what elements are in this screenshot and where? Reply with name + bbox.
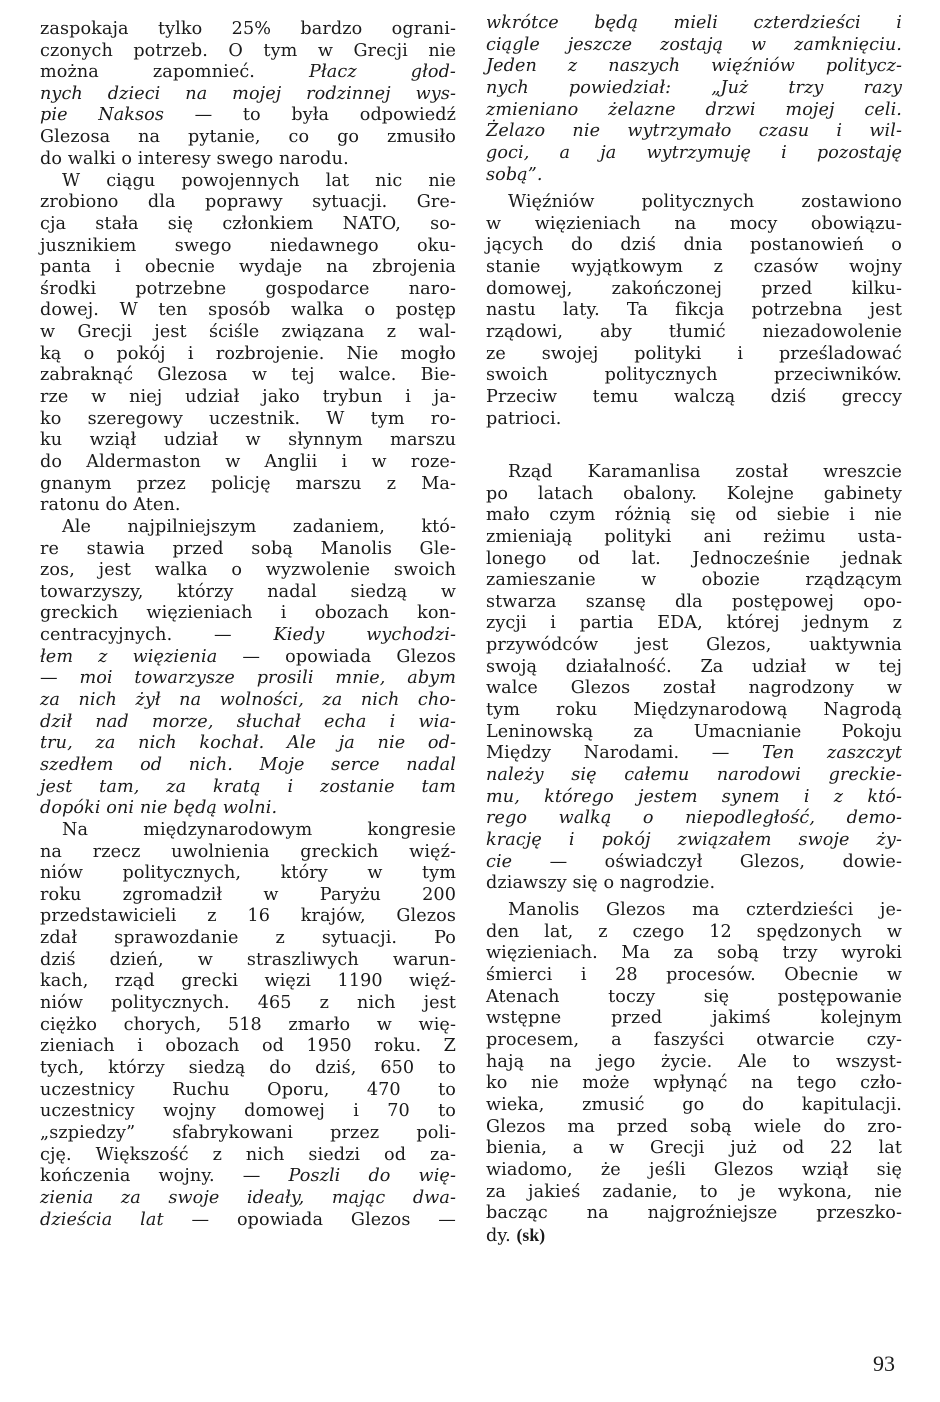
italic-quote-text: należy się całemu narodowi greckie- bbox=[486, 765, 902, 785]
text-line: nych powiedział: „Już trzy razy bbox=[486, 77, 902, 99]
text-line: przedstawicieli z 16 krajów, Glezos bbox=[40, 905, 456, 927]
text-line: zaspokaja tylko 25% bardzo ograni- bbox=[40, 18, 456, 40]
italic-quote-text: cie bbox=[486, 852, 512, 872]
italic-quote-text: zmieniano żelazne drzwi mojej celi. bbox=[486, 100, 902, 120]
body-text: hają na jego życie. Ale to wszyst- bbox=[486, 1052, 902, 1072]
italic-quote-text: Płacz głod- bbox=[309, 62, 456, 82]
body-text: do Aldermaston w Anglii i w roze- bbox=[40, 452, 456, 472]
body-text: domowej, zakończonej przed kilku- bbox=[486, 279, 902, 299]
body-text: ku wziął udział w słynnym marszu bbox=[40, 430, 456, 450]
body-text: jących do dziś dnia postanowień o bbox=[486, 235, 902, 255]
italic-quote-text: sobą”. bbox=[486, 165, 543, 185]
italic-quote-text: wkrótce będą mieli czterdzieści i bbox=[486, 13, 902, 33]
body-text: procesem, a faszyści otwarcie czy- bbox=[486, 1030, 902, 1050]
body-text: ko nie może wpłynąć na tego czło- bbox=[486, 1073, 902, 1093]
text-line: rego walką o niepodległość, demo- bbox=[486, 807, 902, 829]
body-text: Między Narodami. — bbox=[486, 743, 762, 763]
body-text: więzieniach. Ma za sobą trzy wyroki bbox=[486, 943, 902, 963]
text-line: bacząc na najgroźniejsze przeszko- bbox=[486, 1202, 902, 1224]
body-text: kach, rząd grecki więzi 1190 więź- bbox=[40, 971, 456, 991]
text-line: nastu laty. Ta fikcja potrzebna jest bbox=[486, 299, 902, 321]
text-line: ratonu do Aten. bbox=[40, 494, 456, 516]
text-line: cie — oświadczył Glezos, dowie- bbox=[486, 851, 902, 873]
text-line: bienia, a w Grecji już od 22 lat bbox=[486, 1137, 902, 1159]
text-line: w więzieniach na mocy obowiązu- bbox=[486, 213, 902, 235]
text-line: Atenach toczy się postępowanie bbox=[486, 986, 902, 1008]
text-line: w Grecji jest ściśle związana z wal- bbox=[40, 321, 456, 343]
text-line: uczestnicy wojny domowej i 70 to bbox=[40, 1100, 456, 1122]
text-line: jących do dziś dnia postanowień o bbox=[486, 234, 902, 256]
text-line: sobą”. bbox=[486, 164, 902, 186]
body-text: lonego od lat. Jednocześnie jednak bbox=[486, 549, 902, 569]
italic-quote-text: łem z więzienia bbox=[40, 647, 217, 667]
text-line: greckich więzieniach i obozach kon- bbox=[40, 602, 456, 624]
text-line: do walki o interesy swego narodu. bbox=[40, 148, 456, 170]
text-line: patrioci. bbox=[486, 408, 902, 430]
body-text: rze w niej udział jako trybun i ja- bbox=[40, 387, 456, 407]
text-line: W ciągu powojennych lat nic nie bbox=[40, 170, 456, 192]
body-text: Leninowską za Umacnianie Pokoju bbox=[486, 722, 902, 742]
body-text: po latach obalony. Kolejne gabinety bbox=[486, 484, 902, 504]
body-text: gnanym przez policję marszu z Ma- bbox=[40, 474, 456, 494]
text-line: swoich politycznych przeciwników. bbox=[486, 364, 902, 386]
text-line: Leninowską za Umacnianie Pokoju bbox=[486, 721, 902, 743]
text-line: należy się całemu narodowi greckie- bbox=[486, 764, 902, 786]
text-line: za nich żył na wolności, za nich cho- bbox=[40, 689, 456, 711]
body-text: kończenia wojny. — bbox=[40, 1166, 289, 1186]
text-line: kach, rząd grecki więzi 1190 więź- bbox=[40, 970, 456, 992]
text-line: zienia za swoje ideały, mając dwa- bbox=[40, 1187, 456, 1209]
text-line: zmieniają polityki ani reżimu usta- bbox=[486, 526, 902, 548]
text-line: zabraknąć Glezosa w tej walce. Bie- bbox=[40, 364, 456, 386]
text-line: Ale najpilniejszym zadaniem, któ- bbox=[40, 516, 456, 538]
body-text: zabraknąć Glezosa w tej walce. Bie- bbox=[40, 365, 456, 385]
text-line: zos, jest walka o wyzwolenie swoich bbox=[40, 559, 456, 581]
text-line: ką o pokój i rozbrojenie. Nie mogło bbox=[40, 343, 456, 365]
italic-quote-text: Ten zaszczyt bbox=[762, 743, 902, 763]
italic-quote-text: rego walką o niepodległość, demo- bbox=[486, 808, 902, 828]
text-line: dopóki oni nie będą wolni. bbox=[40, 797, 456, 819]
text-line: wstępne przed jakimś kolejnym bbox=[486, 1007, 902, 1029]
body-text: roku zgromadził w Paryżu 200 bbox=[40, 885, 456, 905]
body-text: dy. bbox=[486, 1226, 516, 1246]
text-line: panta i obecnie wydaje na zbrojenia bbox=[40, 256, 456, 278]
italic-quote-text: dopóki oni nie będą wolni. bbox=[40, 798, 277, 818]
text-line: zdał sprawozdanie z sytuacji. Po bbox=[40, 927, 456, 949]
text-line: Żelazo nie wytrzymało czasu i wil- bbox=[486, 120, 902, 142]
body-text: — bbox=[40, 668, 79, 688]
body-text: stanie wyjątkowym z czasów wojny bbox=[486, 257, 902, 277]
body-text: do walki o interesy swego narodu. bbox=[40, 149, 349, 169]
text-line: dzieścia lat — opowiada Glezos — bbox=[40, 1209, 456, 1231]
text-line: łem z więzienia — opowiada Glezos bbox=[40, 646, 456, 668]
body-text: ko szeregowy uczestnik. W tym ro- bbox=[40, 409, 456, 429]
body-text: zos, jest walka o wyzwolenie swoich bbox=[40, 560, 456, 580]
text-line: dowej. W ten sposób walka o postęp bbox=[40, 299, 456, 321]
body-text: Więźniów politycznych zostawiono bbox=[508, 192, 902, 212]
text-line: za jakieś zadanie, to je wykona, nie bbox=[486, 1181, 902, 1203]
body-text: ze swojej polityki i prześladować bbox=[486, 344, 902, 364]
text-line: na rzecz uwolnienia greckich więź- bbox=[40, 841, 456, 863]
text-line: gnanym przez policję marszu z Ma- bbox=[40, 473, 456, 495]
body-text: zycji i partia EDA, której jednym z bbox=[486, 613, 902, 633]
text-line: roku zgromadził w Paryżu 200 bbox=[40, 884, 456, 906]
text-line: hają na jego życie. Ale to wszyst- bbox=[486, 1051, 902, 1073]
italic-quote-text: krację i pokój związałem swoje ży- bbox=[486, 830, 902, 850]
text-line: stwarza szansę dla postępowej opo- bbox=[486, 591, 902, 613]
body-text: patrioci. bbox=[486, 409, 561, 429]
body-text: stwarza szansę dla postępowej opo- bbox=[486, 592, 902, 612]
text-line: można zapomnieć. Płacz głod- bbox=[40, 61, 456, 83]
text-line: szedłem od nich. Moje serce nadal bbox=[40, 754, 456, 776]
text-line: Glezos ma przed sobą wiele do zro- bbox=[486, 1116, 902, 1138]
text-line: „szpiedzy” sfabrykowani przez poli- bbox=[40, 1122, 456, 1144]
text-line: rze w niej udział jako trybun i ja- bbox=[40, 386, 456, 408]
text-line: niów politycznych, który w tym bbox=[40, 862, 456, 884]
body-text: mało czym różnią się od siebie i nie bbox=[486, 505, 902, 525]
body-text: za jakieś zadanie, to je wykona, nie bbox=[486, 1182, 902, 1202]
body-text: niów politycznych, który w tym bbox=[40, 863, 456, 883]
text-line: Na międzynarodowym kongresie bbox=[40, 819, 456, 841]
text-line: wkrótce będą mieli czterdzieści i bbox=[486, 12, 902, 34]
text-line: zmieniano żelazne drzwi mojej celi. bbox=[486, 99, 902, 121]
body-text: cję. Większość z nich siedzi od za- bbox=[40, 1145, 456, 1165]
text-line: dziawszy się o nagrodzie. bbox=[486, 872, 902, 894]
italic-quote-text: za nich żył na wolności, za nich cho- bbox=[40, 690, 456, 710]
text-line: dy. (sk) bbox=[486, 1224, 902, 1246]
body-text: den lat, z czego 12 spędzonych w bbox=[486, 922, 902, 942]
body-text: na rzecz uwolnienia greckich więź- bbox=[40, 842, 456, 862]
italic-quote-text: ciągle jeszcze zostają w zamknięciu. bbox=[486, 35, 902, 55]
text-line: tym roku Międzynarodową Nagrodą bbox=[486, 699, 902, 721]
italic-quote-text: zienia za swoje ideały, mając dwa- bbox=[40, 1188, 456, 1208]
text-line: jest tam, za kratą i zostanie tam bbox=[40, 776, 456, 798]
body-text: Rząd Karamanlisa został wreszcie bbox=[508, 462, 902, 482]
body-text: w więzieniach na mocy obowiązu- bbox=[486, 214, 902, 234]
body-text: w Grecji jest ściśle związana z wal- bbox=[40, 322, 456, 342]
italic-quote-text: goci, a ja wytrzymuję i pozostaję bbox=[486, 143, 902, 163]
text-line: Manolis Glezos ma czterdzieści je- bbox=[486, 899, 902, 921]
text-line: nych dzieci na mojej rodzinnej wys- bbox=[40, 83, 456, 105]
text-line: mało czym różnią się od siebie i nie bbox=[486, 504, 902, 526]
text-line: po latach obalony. Kolejne gabinety bbox=[486, 483, 902, 505]
text-line: — moi towarzysze prosili mnie, abym bbox=[40, 667, 456, 689]
text-line: tru, za nich kochał. Ale ja nie od- bbox=[40, 732, 456, 754]
text-line: zieniach i obozach od 1950 roku. Z bbox=[40, 1035, 456, 1057]
text-line: towarzyszy, którzy nadal siedzą w bbox=[40, 581, 456, 603]
body-text: — oświadczył Glezos, dowie- bbox=[512, 852, 902, 872]
text-line: wiadomo, że jeśli Glezos wziął się bbox=[486, 1159, 902, 1181]
body-text: cja stała się członkiem NATO, so- bbox=[40, 214, 456, 234]
body-text: Na międzynarodowym kongresie bbox=[62, 820, 456, 840]
body-text: zieniach i obozach od 1950 roku. Z bbox=[40, 1036, 456, 1056]
text-line: swoją działalność. Za udział w tej bbox=[486, 656, 902, 678]
text-line: śmierci i 28 procesów. Obecnie w bbox=[486, 964, 902, 986]
body-text: środki potrzebne gospodarce naro- bbox=[40, 279, 456, 299]
text-line: stanie wyjątkowym z czasów wojny bbox=[486, 256, 902, 278]
text-line: Rząd Karamanlisa został wreszcie bbox=[486, 461, 902, 483]
text-line: ko szeregowy uczestnik. W tym ro- bbox=[40, 408, 456, 430]
italic-quote-text: pie Naksos bbox=[40, 105, 164, 125]
body-text: dziawszy się o nagrodzie. bbox=[486, 873, 715, 893]
text-line: rządowi, aby tłumić niezadowolenie bbox=[486, 321, 902, 343]
text-line: ciągle jeszcze zostają w zamknięciu. bbox=[486, 34, 902, 56]
body-text: można zapomnieć. bbox=[40, 62, 309, 82]
author-initials: (sk) bbox=[516, 1225, 545, 1245]
body-text: Glezosa na pytanie, co go zmusiło bbox=[40, 127, 456, 147]
text-line: niów politycznych. 465 z nich jest bbox=[40, 992, 456, 1014]
text-line: walce Glezos został nagrodzony w bbox=[486, 677, 902, 699]
italic-quote-text: nych powiedział: „Już trzy razy bbox=[486, 78, 902, 98]
body-text: tym roku Międzynarodową Nagrodą bbox=[486, 700, 902, 720]
body-text: — opowiada Glezos — bbox=[164, 1210, 456, 1230]
body-text: tych, którzy siedzą do dziś, 650 to bbox=[40, 1058, 456, 1078]
text-line: Glezosa na pytanie, co go zmusiło bbox=[40, 126, 456, 148]
text-line: dził nad morze, słuchał echa i wia- bbox=[40, 711, 456, 733]
page-number: 93 bbox=[873, 1351, 895, 1377]
body-text: Glezos ma przed sobą wiele do zro- bbox=[486, 1117, 902, 1137]
text-line: więzieniach. Ma za sobą trzy wyroki bbox=[486, 942, 902, 964]
body-text: śmierci i 28 procesów. Obecnie w bbox=[486, 965, 902, 985]
body-text: wstępne przed jakimś kolejnym bbox=[486, 1008, 902, 1028]
body-text: uczestnicy Ruchu Oporu, 470 to bbox=[40, 1080, 456, 1100]
text-line: zamieszanie w obozie rządzącym bbox=[486, 569, 902, 591]
text-line: Jeden z naszych więźniów politycz- bbox=[486, 55, 902, 77]
body-text: dowej. W ten sposób walka o postęp bbox=[40, 300, 456, 320]
body-text: swoich politycznych przeciwników. bbox=[486, 365, 902, 385]
body-text: greckich więzieniach i obozach kon- bbox=[40, 603, 456, 623]
text-line: środki potrzebne gospodarce naro- bbox=[40, 278, 456, 300]
italic-quote-text: dził nad morze, słuchał echa i wia- bbox=[40, 712, 456, 732]
body-text: zdał sprawozdanie z sytuacji. Po bbox=[40, 928, 456, 948]
body-text: ratonu do Aten. bbox=[40, 495, 181, 515]
body-text: rządowi, aby tłumić niezadowolenie bbox=[486, 322, 902, 342]
text-line: cja stała się członkiem NATO, so- bbox=[40, 213, 456, 235]
italic-quote-text: Poszli do wię- bbox=[289, 1166, 456, 1186]
text-line: re stawia przed sobą Manolis Gle- bbox=[40, 538, 456, 560]
italic-quote-text: Jeden z naszych więźniów politycz- bbox=[486, 56, 902, 76]
text-line: dziś dzień, w straszliwych warun- bbox=[40, 949, 456, 971]
text-line: jusznikiem swego niedawnego oku- bbox=[40, 235, 456, 257]
text-line: tych, którzy siedzą do dziś, 650 to bbox=[40, 1057, 456, 1079]
text-line: mu, którego jestem synem i z któ- bbox=[486, 786, 902, 808]
italic-quote-text: Kiedy wychodzi- bbox=[274, 625, 456, 645]
body-text: bacząc na najgroźniejsze przeszko- bbox=[486, 1203, 902, 1223]
body-text: uczestnicy wojny domowej i 70 to bbox=[40, 1101, 456, 1121]
text-line: centracyjnych. — Kiedy wychodzi- bbox=[40, 624, 456, 646]
text-line: goci, a ja wytrzymuję i pozostaję bbox=[486, 142, 902, 164]
body-text: „szpiedzy” sfabrykowani przez poli- bbox=[40, 1123, 456, 1143]
text-line: domowej, zakończonej przed kilku- bbox=[486, 278, 902, 300]
body-text: przedstawicieli z 16 krajów, Glezos bbox=[40, 906, 456, 926]
body-text: ciężko chorych, 518 zmarło w wię- bbox=[40, 1015, 456, 1035]
body-text: wiadomo, że jeśli Glezos wziął się bbox=[486, 1160, 902, 1180]
body-text: — opowiada Glezos bbox=[217, 647, 456, 667]
body-text: Atenach toczy się postępowanie bbox=[486, 987, 902, 1007]
text-line: zrobiono dla poprawy sytuacji. Gre- bbox=[40, 191, 456, 213]
body-text: jusznikiem swego niedawnego oku- bbox=[40, 236, 456, 256]
text-line: przywódców jest Glezos, uaktywnia bbox=[486, 634, 902, 656]
italic-quote-text: jest tam, za kratą i zostanie tam bbox=[40, 777, 456, 797]
body-text: nastu laty. Ta fikcja potrzebna jest bbox=[486, 300, 902, 320]
body-text: Ale najpilniejszym zadaniem, któ- bbox=[62, 517, 456, 537]
italic-quote-text: mu, którego jestem synem i z któ- bbox=[486, 787, 902, 807]
body-text: niów politycznych. 465 z nich jest bbox=[40, 993, 456, 1013]
body-text: czonych potrzeb. O tym w Grecji nie bbox=[40, 41, 456, 61]
body-text: swoją działalność. Za udział w tej bbox=[486, 657, 902, 677]
text-line: krację i pokój związałem swoje ży- bbox=[486, 829, 902, 851]
text-line: uczestnicy Ruchu Oporu, 470 to bbox=[40, 1079, 456, 1101]
text-line: cję. Większość z nich siedzi od za- bbox=[40, 1144, 456, 1166]
italic-quote-text: dzieścia lat bbox=[40, 1210, 164, 1230]
body-text: Manolis Glezos ma czterdzieści je- bbox=[508, 900, 902, 920]
body-text: zamieszanie w obozie rządzącym bbox=[486, 570, 902, 590]
text-line: do Aldermaston w Anglii i w roze- bbox=[40, 451, 456, 473]
text-line: Przeciw temu walczą dziś greccy bbox=[486, 386, 902, 408]
italic-quote-text: moi towarzysze prosili mnie, abym bbox=[79, 668, 456, 688]
italic-quote-text: Żelazo nie wytrzymało czasu i wil- bbox=[486, 121, 902, 141]
body-text: walce Glezos został nagrodzony w bbox=[486, 678, 902, 698]
text-line: wieka, zmusić go do kapitulacji. bbox=[486, 1094, 902, 1116]
text-line: ze swojej polityki i prześladować bbox=[486, 343, 902, 365]
body-text: ką o pokój i rozbrojenie. Nie mogło bbox=[40, 344, 456, 364]
italic-quote-text: nych dzieci na mojej rodzinnej wys- bbox=[40, 84, 456, 104]
body-text: dziś dzień, w straszliwych warun- bbox=[40, 950, 456, 970]
document-page: zaspokaja tylko 25% bardzo ograni-czonyc… bbox=[0, 0, 940, 1402]
body-text: bienia, a w Grecji już od 22 lat bbox=[486, 1138, 902, 1158]
body-text: przywódców jest Glezos, uaktywnia bbox=[486, 635, 902, 655]
text-line: ciężko chorych, 518 zmarło w wię- bbox=[40, 1014, 456, 1036]
body-text: re stawia przed sobą Manolis Gle- bbox=[40, 539, 456, 559]
body-text: — to była odpowiedź bbox=[164, 105, 456, 125]
text-line: procesem, a faszyści otwarcie czy- bbox=[486, 1029, 902, 1051]
text-line: Więźniów politycznych zostawiono bbox=[486, 191, 902, 213]
text-line: ku wziął udział w słynnym marszu bbox=[40, 429, 456, 451]
text-line: lonego od lat. Jednocześnie jednak bbox=[486, 548, 902, 570]
italic-quote-text: szedłem od nich. Moje serce nadal bbox=[40, 755, 456, 775]
body-text: centracyjnych. — bbox=[40, 625, 274, 645]
body-text: W ciągu powojennych lat nic nie bbox=[62, 171, 456, 191]
body-text: towarzyszy, którzy nadal siedzą w bbox=[40, 582, 456, 602]
body-text: zrobiono dla poprawy sytuacji. Gre- bbox=[40, 192, 456, 212]
body-text: panta i obecnie wydaje na zbrojenia bbox=[40, 257, 456, 277]
text-line: kończenia wojny. — Poszli do wię- bbox=[40, 1165, 456, 1187]
italic-quote-text: tru, za nich kochał. Ale ja nie od- bbox=[40, 733, 456, 753]
text-line: den lat, z czego 12 spędzonych w bbox=[486, 921, 902, 943]
text-line: Między Narodami. — Ten zaszczyt bbox=[486, 742, 902, 764]
text-line: zycji i partia EDA, której jednym z bbox=[486, 612, 902, 634]
text-line: ko nie może wpłynąć na tego czło- bbox=[486, 1072, 902, 1094]
body-text: zaspokaja tylko 25% bardzo ograni- bbox=[40, 19, 456, 39]
body-text: Przeciw temu walczą dziś greccy bbox=[486, 387, 902, 407]
body-text: zmieniają polityki ani reżimu usta- bbox=[486, 527, 902, 547]
text-line: pie Naksos — to była odpowiedź bbox=[40, 104, 456, 126]
text-line: czonych potrzeb. O tym w Grecji nie bbox=[40, 40, 456, 62]
body-text: wieka, zmusić go do kapitulacji. bbox=[486, 1095, 902, 1115]
